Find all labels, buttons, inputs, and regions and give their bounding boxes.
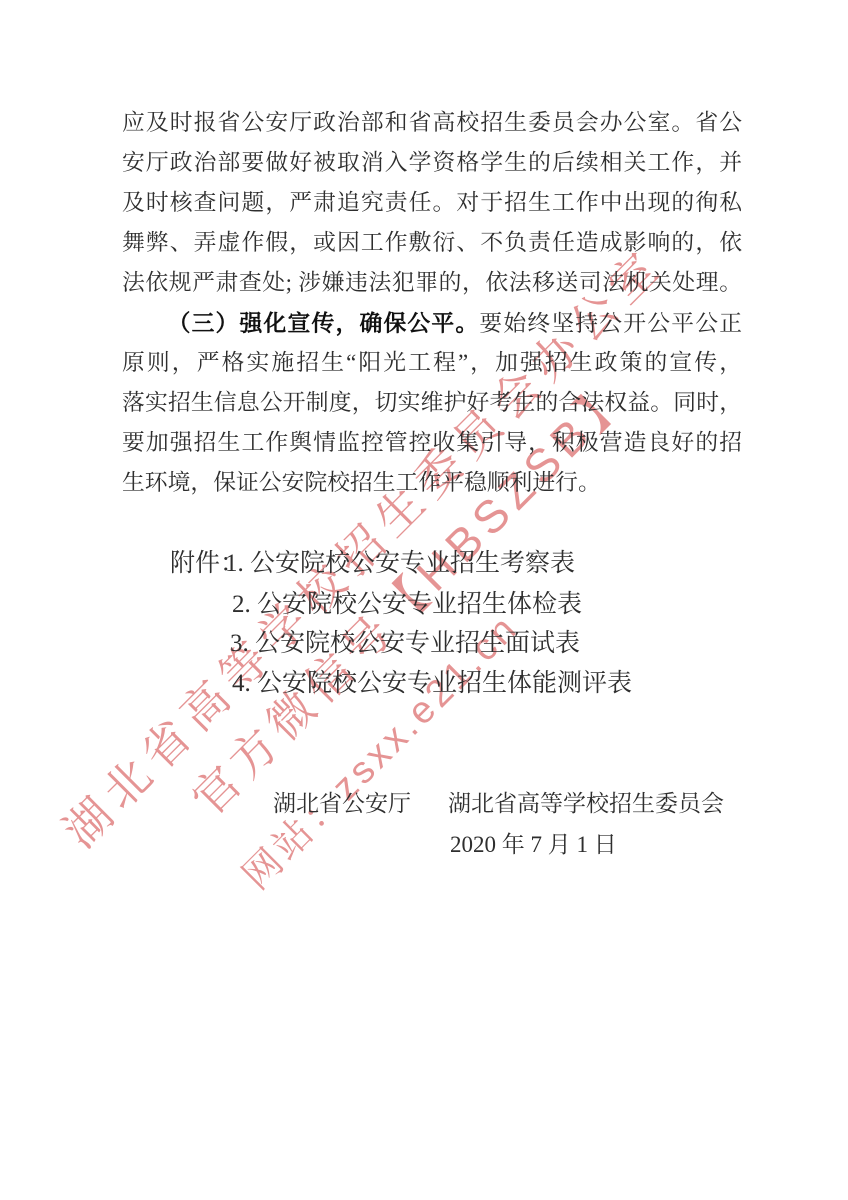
section-heading-bold: （三）强化宣传，确保公平。 [168,310,480,336]
attachment-item: 1. 公安院校公安专业招生考察表 [225,550,575,578]
attachment-item: 3. 公安院校公安专业招生面试表 [230,630,580,658]
document-page: 湖北省高等学校招生委员会办公室 官方微信号【HBSZSB】 网站：zsxx.e2… [0,0,848,1200]
body-line: 要加强招生工作舆情监控管控收集引导，积极营造良好的招 [122,423,742,463]
attachment-item: 2. 公安院校公安专业招生体检表 [232,591,582,619]
body-line: 落实招生信息公开制度，切实维护好考生的合法权益。同时， [122,383,742,423]
body-line: 及时核查问题，严肃追究责任。对于招生工作中出现的徇私 [122,183,742,223]
body-line: 原则，严格实施招生“阳光工程”，加强招生政策的宣传， [122,343,742,383]
section-heading-tail: 要始终坚持公开公平公正 [479,311,742,336]
document-content: 应及时报省公安厅政治部和省高校招生委员会办公室。省公 安厅政治部要做好被取消入学… [0,0,848,1200]
body-line: 安厅政治部要做好被取消入学资格学生的后续相关工作，并 [122,143,742,183]
body-line: 应及时报省公安厅政治部和省高校招生委员会办公室。省公 [122,103,742,143]
body-line: 生环境，保证公安院校招生工作平稳顺利进行。 [122,463,742,503]
body-line: 舞弊、弄虚作假，或因工作敷衍、不负责任造成影响的，依 [122,223,742,263]
document-date: 2020 年 7 月 1 日 [450,830,617,860]
body-text-block: 应及时报省公安厅政治部和省高校招生委员会办公室。省公 安厅政治部要做好被取消入学… [122,103,742,503]
body-line: 法依规严肃查处; 涉嫌违法犯罪的，依法移送司法机关处理。 [122,263,742,303]
attachment-item: 4. 公安院校公安专业招生体能测评表 [232,670,632,698]
issuer-public-security-dept: 湖北省公安厅 [273,789,411,819]
issuer-admissions-committee: 湖北省高等学校招生委员会 [448,789,724,819]
section-heading-line: （三）强化宣传，确保公平。要始终坚持公开公平公正 [122,303,742,343]
